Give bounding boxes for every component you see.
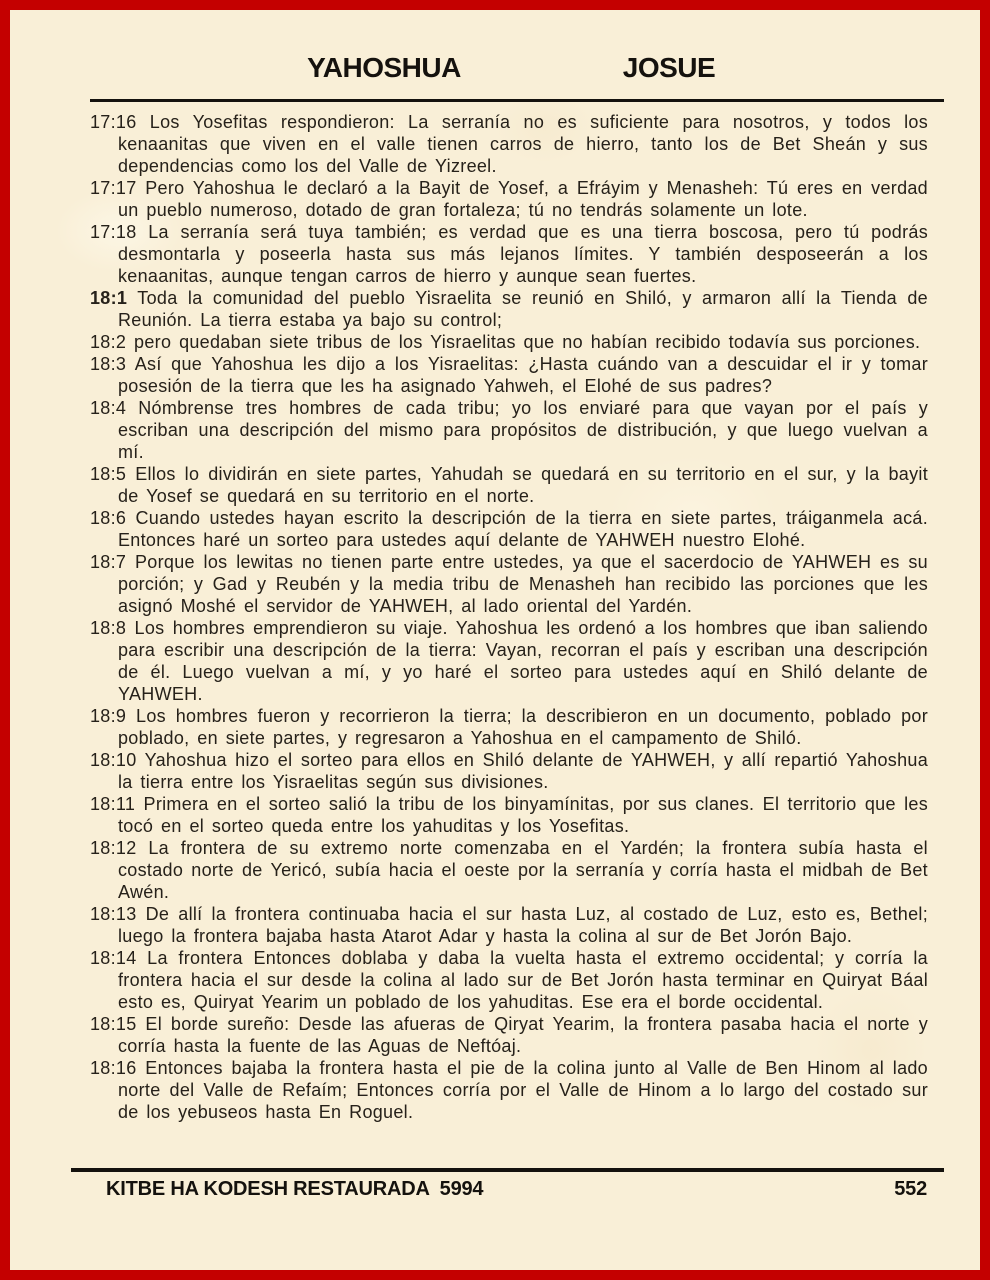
footer-edition-label: KITBE HA KODESH RESTAURADA 5994 [106, 1178, 483, 1201]
verse-text: Nómbrense tres hombres de cada tribu; yo… [118, 398, 928, 462]
verse-text: Primera en el sorteo salió la tribu de l… [118, 794, 928, 836]
verse-text: Pero Yahoshua le declaró a la Bayit de Y… [118, 178, 928, 220]
verse-text: De allí la frontera continuaba hacia el … [118, 904, 928, 946]
verse-text: Entonces bajaba la frontera hasta el pie… [118, 1058, 928, 1122]
verse-number: 18:15 [90, 1014, 137, 1034]
verse-number: 18:3 [90, 354, 126, 374]
verse-text: Los hombres emprendieron su viaje. Yahos… [118, 618, 928, 704]
verse-row: 18:10 Yahoshua hizo el sorteo para ellos… [90, 749, 928, 793]
verse-text: La frontera de su extremo norte comenzab… [118, 838, 928, 902]
verse-text: El borde sureño: Desde las afueras de Qi… [118, 1014, 928, 1056]
page-title-left: YAHOSHUA [307, 52, 461, 84]
verse-number: 18:10 [90, 750, 137, 770]
verse-row: 18:8 Los hombres emprendieron su viaje. … [90, 617, 928, 705]
verse-text: Los hombres fueron y recorrieron la tier… [118, 706, 928, 748]
verse-row: 17:16 Los Yosefitas respondieron: La ser… [90, 111, 928, 177]
verse-row: 18:2 pero quedaban siete tribus de los Y… [90, 331, 928, 353]
verse-row: 18:16 Entonces bajaba la frontera hasta … [90, 1057, 928, 1123]
verse-row: 18:9 Los hombres fueron y recorrieron la… [90, 705, 928, 749]
footer-divider-rule [71, 1168, 944, 1172]
verse-text: Porque los lewitas no tienen parte entre… [118, 552, 928, 616]
verse-row: 18:15 El borde sureño: Desde las afueras… [90, 1013, 928, 1057]
verse-row: 18:12 La frontera de su extremo norte co… [90, 837, 928, 903]
verse-number: 17:17 [90, 178, 137, 198]
verse-number: 18:2 [90, 332, 126, 352]
verse-row: 18:14 La frontera Entonces doblaba y dab… [90, 947, 928, 1013]
verse-number: 18:14 [90, 948, 137, 968]
verse-number: 18:7 [90, 552, 126, 572]
verse-list: 17:16 Los Yosefitas respondieron: La ser… [90, 111, 928, 1123]
verse-number: 18:4 [90, 398, 126, 418]
verse-number: 18:13 [90, 904, 137, 924]
verse-number: 18:8 [90, 618, 126, 638]
verse-number: 18:9 [90, 706, 126, 726]
verse-number: 18:12 [90, 838, 137, 858]
verse-number: 18:1 [90, 288, 127, 308]
verse-row: 18:13 De allí la frontera continuaba hac… [90, 903, 928, 947]
verse-number: 18:16 [90, 1058, 137, 1078]
page-header: YAHOSHUA JOSUE [0, 52, 990, 92]
verse-text: La frontera Entonces doblaba y daba la v… [118, 948, 928, 1012]
verse-number: 17:16 [90, 112, 137, 132]
verse-number: 18:11 [90, 794, 135, 814]
verse-row: 18:11 Primera en el sorteo salió la trib… [90, 793, 928, 837]
page-title-right: JOSUE [623, 52, 715, 84]
verse-text: La serranía será tuya también; es verdad… [118, 222, 928, 286]
verse-text: pero quedaban siete tribus de los Yisrae… [126, 332, 920, 352]
page-footer: KITBE HA KODESH RESTAURADA 5994 552 [106, 1178, 927, 1201]
verse-number: 18:5 [90, 464, 126, 484]
verse-text: Yahoshua hizo el sorteo para ellos en Sh… [118, 750, 928, 792]
verse-row: 18:1 Toda la comunidad del pueblo Yisrae… [90, 287, 928, 331]
verse-row: 18:6 Cuando ustedes hayan escrito la des… [90, 507, 928, 551]
footer-page-number: 552 [894, 1178, 927, 1201]
verse-row: 17:17 Pero Yahoshua le declaró a la Bayi… [90, 177, 928, 221]
verse-text: Ellos lo dividirán en siete partes, Yahu… [118, 464, 928, 506]
verse-number: 18:6 [90, 508, 126, 528]
verse-row: 18:7 Porque los lewitas no tienen parte … [90, 551, 928, 617]
verse-text: Así que Yahoshua les dijo a los Yisraeli… [118, 354, 928, 396]
verse-row: 17:18 La serranía será tuya también; es … [90, 221, 928, 287]
verse-row: 18:3 Así que Yahoshua les dijo a los Yis… [90, 353, 928, 397]
verse-text: Toda la comunidad del pueblo Yisraelita … [118, 288, 928, 330]
verse-text: Cuando ustedes hayan escrito la descripc… [118, 508, 928, 550]
verse-text: Los Yosefitas respondieron: La serranía … [118, 112, 928, 176]
verse-row: 18:5 Ellos lo dividirán en siete partes,… [90, 463, 928, 507]
verse-number: 17:18 [90, 222, 137, 242]
verse-row: 18:4 Nómbrense tres hombres de cada trib… [90, 397, 928, 463]
scanned-bible-page: { "header": { "title_left": "YAHOSHUA", … [0, 0, 990, 1280]
header-divider-rule [90, 99, 944, 102]
